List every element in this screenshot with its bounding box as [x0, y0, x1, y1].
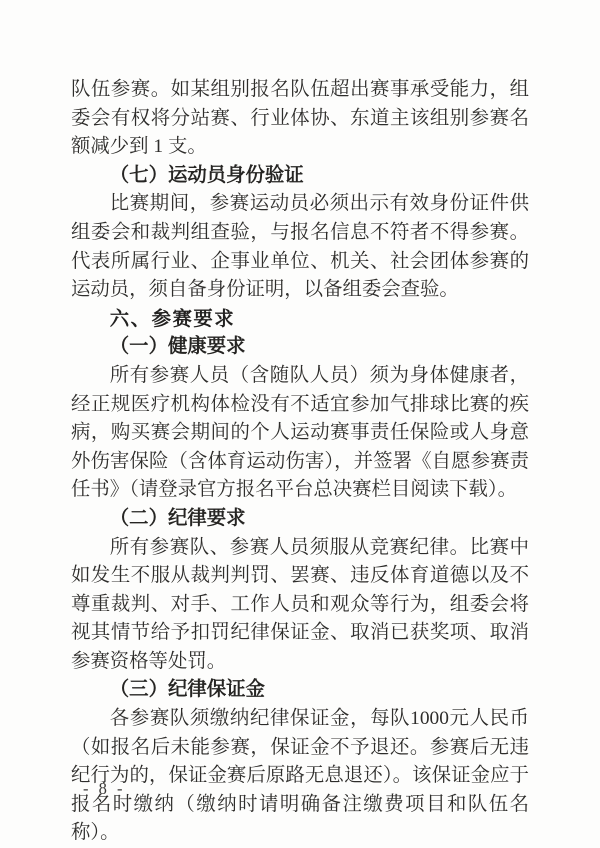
paragraph: 比赛期间，参赛运动员必须出示有效身份证件供组委会和裁判组查验，与报名信息不符者不…	[71, 190, 529, 304]
sub-heading-discipline-deposit: （三）纪律保证金	[71, 676, 529, 705]
page-body: 队伍参赛。如某组别报名队伍超出赛事承受能力，组委会有权将分站赛、行业体协、东道主…	[71, 76, 529, 848]
document-page: 队伍参赛。如某组别报名队伍超出赛事承受能力，组委会有权将分站赛、行业体协、东道主…	[0, 0, 600, 848]
section-heading-entry-requirements: 六、参赛要求	[71, 305, 529, 334]
paragraph: 各参赛队须缴纳纪律保证金，每队1000元人民币（如报名后未能参赛，保证金不予退还…	[71, 705, 529, 848]
page-number: - 8 -	[83, 779, 126, 799]
paragraph: 所有参赛人员（含随队人员）须为身体健康者，经正规医疗机构体检没有不适宜参加气排球…	[71, 362, 529, 505]
sub-heading-discipline-requirements: （二）纪律要求	[71, 505, 529, 534]
sub-heading-health-requirements: （一）健康要求	[71, 333, 529, 362]
paragraph: 所有参赛队、参赛人员须服从竞赛纪律。比赛中如发生不服从裁判判罚、罢赛、违反体育道…	[71, 534, 529, 677]
paragraph-continuation: 队伍参赛。如某组别报名队伍超出赛事承受能力，组委会有权将分站赛、行业体协、东道主…	[71, 76, 529, 162]
sub-heading-athlete-id-verification: （七）运动员身份验证	[71, 162, 529, 191]
